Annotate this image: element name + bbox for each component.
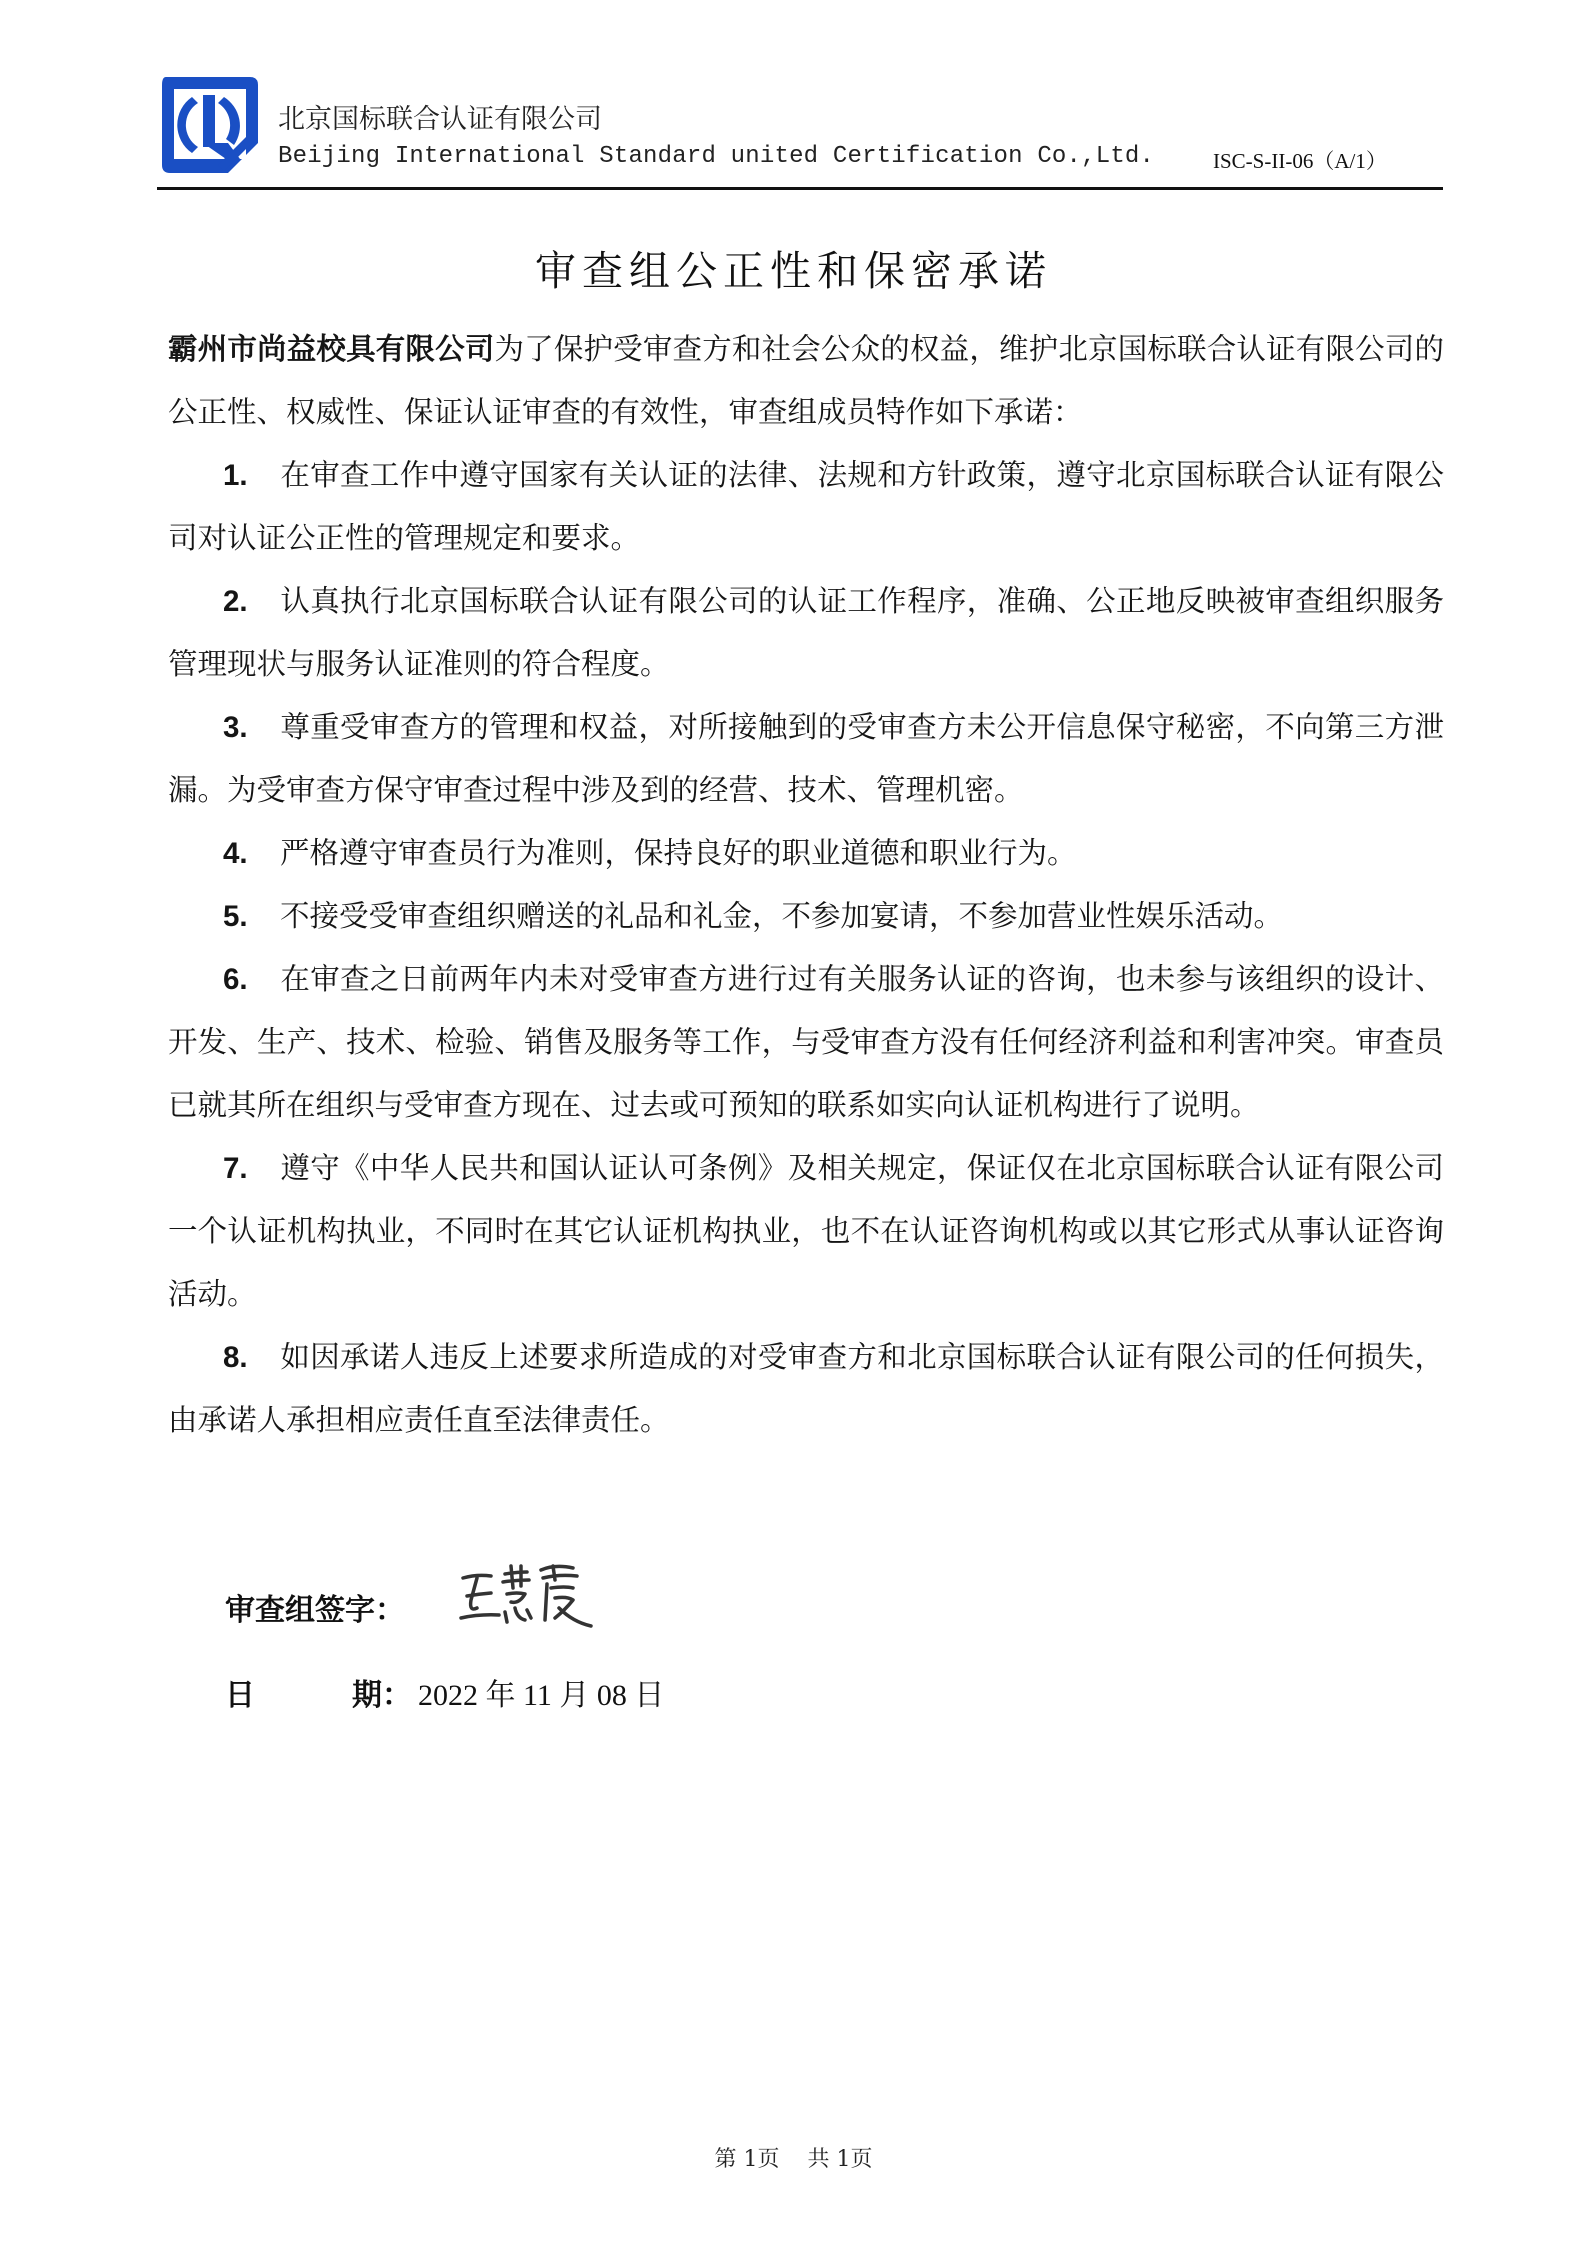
item-text: 在审查之日前两年内未对受审查方进行过有关服务认证的咨询，也未参与该组织的设计、开…: [168, 962, 1444, 1122]
header-divider: [157, 187, 1443, 190]
item-text: 不接受受审查组织赠送的礼品和礼金，不参加宴请，不参加营业性娱乐活动。: [280, 899, 1283, 933]
commitment-item: 8.如因承诺人违反上述要求所造成的对受审查方和北京国标联合认证有限公司的任何损失…: [168, 1326, 1444, 1452]
item-number: 4.: [223, 822, 280, 885]
item-text: 遵守《中华人民共和国认证认可条例》及相关规定，保证仅在北京国标联合认证有限公司一…: [168, 1151, 1444, 1311]
item-number: 1.: [223, 444, 280, 507]
document-code: ISC-S-II-06（A/1）: [1213, 145, 1387, 175]
item-number: 2.: [223, 570, 280, 633]
commitment-item: 4.严格遵守审查员行为准则，保持良好的职业道德和职业行为。: [168, 822, 1444, 885]
commitment-item: 1.在审查工作中遵守国家有关认证的法律、法规和方针政策，遵守北京国标联合认证有限…: [168, 444, 1444, 570]
date-label-day: 日: [225, 1670, 255, 1714]
date-value: 2022 年 11 月 08 日: [418, 1670, 664, 1714]
company-name-en: Beijing International Standard united Ce…: [278, 143, 1154, 170]
handwritten-signature: [455, 1560, 615, 1632]
item-text: 在审查工作中遵守国家有关认证的法律、法规和方针政策，遵守北京国标联合认证有限公司…: [168, 458, 1444, 555]
document-title: 审查组公正性和保密承诺: [0, 238, 1587, 297]
commitment-item: 2.认真执行北京国标联合认证有限公司的认证工作程序，准确、公正地反映被审查组织服…: [168, 570, 1444, 696]
item-text: 严格遵守审查员行为准则，保持良好的职业道德和职业行为。: [280, 836, 1077, 870]
logo-icon: [158, 73, 262, 177]
item-text: 如因承诺人违反上述要求所造成的对受审查方和北京国标联合认证有限公司的任何损失，由…: [168, 1340, 1444, 1437]
commitment-item: 6.在审查之日前两年内未对受审查方进行过有关服务认证的咨询，也未参与该组织的设计…: [168, 948, 1444, 1137]
page-number: 第 1页 共 1页: [0, 2142, 1587, 2173]
commitment-item: 7.遵守《中华人民共和国认证认可条例》及相关规定，保证仅在北京国标联合认证有限公…: [168, 1137, 1444, 1326]
audited-company-name: 霸州市尚益校具有限公司: [168, 332, 494, 366]
company-logo: [158, 73, 262, 177]
commitment-item: 3.尊重受审查方的管理和权益，对所接触到的受审查方未公开信息保守秘密，不向第三方…: [168, 696, 1444, 822]
item-text: 尊重受审查方的管理和权益，对所接触到的受审查方未公开信息保守秘密，不向第三方泄漏…: [168, 710, 1444, 807]
document-body: 霸州市尚益校具有限公司为了保护受审查方和社会公众的权益，维护北京国标联合认证有限…: [168, 318, 1444, 1452]
item-number: 5.: [223, 885, 280, 948]
commitment-item: 5.不接受受审查组织赠送的礼品和礼金，不参加宴请，不参加营业性娱乐活动。: [168, 885, 1444, 948]
item-number: 7.: [223, 1137, 280, 1200]
item-text: 认真执行北京国标联合认证有限公司的认证工作程序，准确、公正地反映被审查组织服务管…: [168, 584, 1444, 681]
item-number: 6.: [223, 948, 280, 1011]
item-number: 8.: [223, 1326, 280, 1389]
intro-paragraph: 霸州市尚益校具有限公司为了保护受审查方和社会公众的权益，维护北京国标联合认证有限…: [168, 318, 1444, 444]
signature-label: 审查组签字：: [225, 1585, 405, 1629]
item-number: 3.: [223, 696, 280, 759]
signature-icon: [455, 1560, 615, 1632]
company-name-cn: 北京国标联合认证有限公司: [278, 97, 602, 136]
date-label-period: 期：: [352, 1670, 412, 1714]
